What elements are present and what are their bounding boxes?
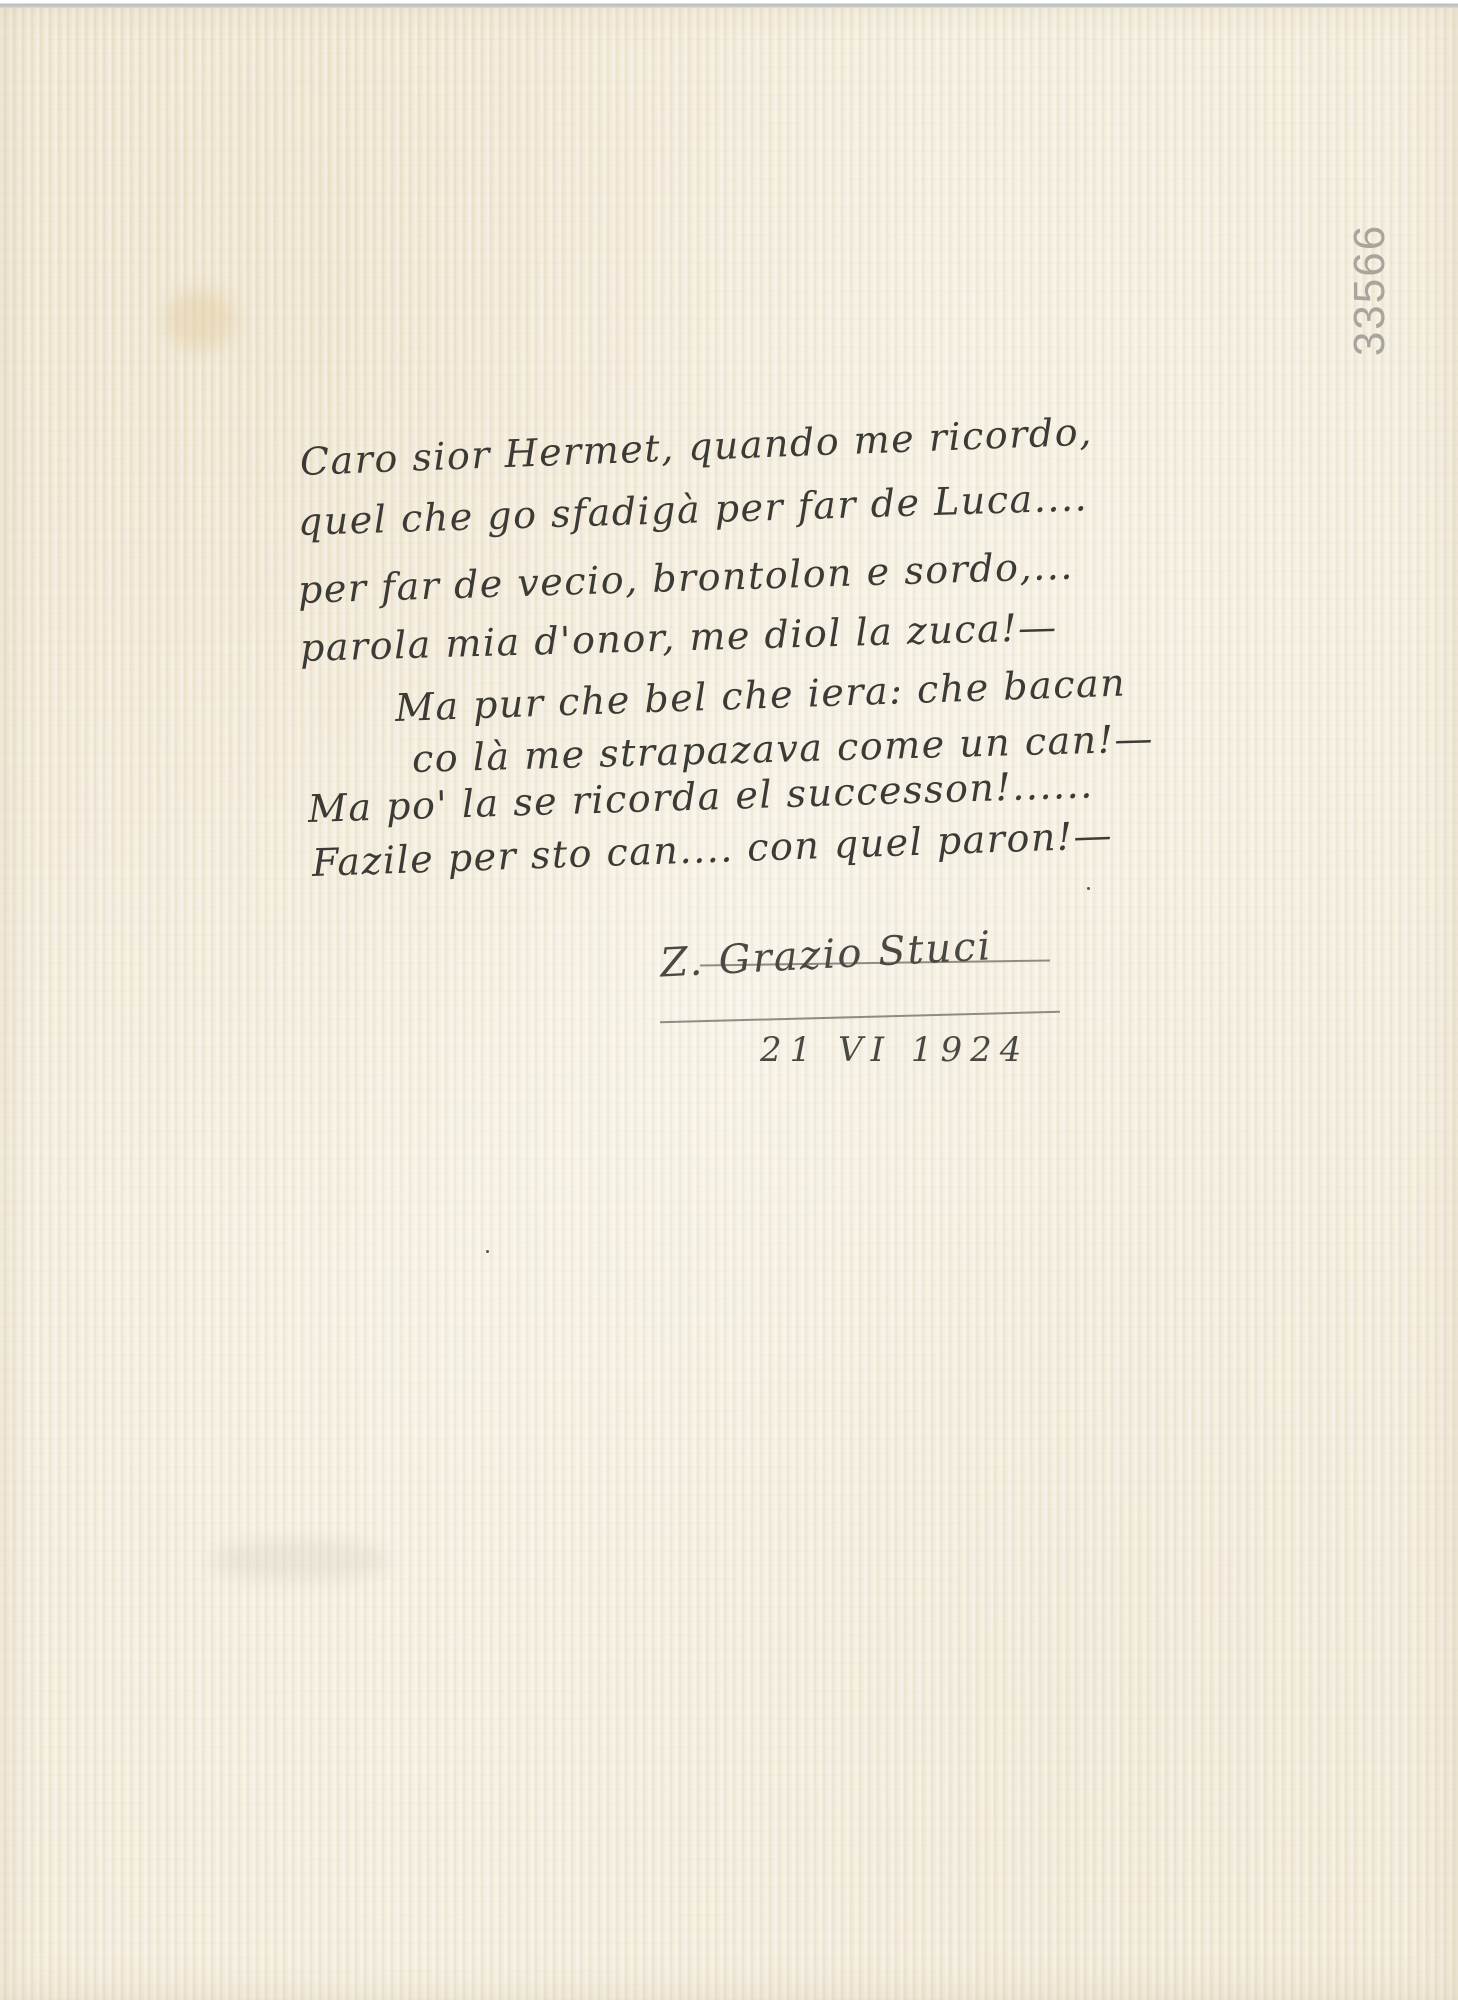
- signature-underline: [660, 1011, 1060, 1023]
- poem-line: Caro sior Hermet, quando me ricordo,: [299, 410, 1093, 484]
- paper-sheet: ​ 33566 Caro sior Hermet, quando me rico…: [0, 0, 1458, 2000]
- poem-line: parola mia d'onor, me diol la zuca!—: [299, 605, 1058, 670]
- ink-speck: [486, 1250, 489, 1253]
- signature-block: Z. Grazio Stuci 21 VI 1924: [640, 920, 1080, 1060]
- date: 21 VI 1924: [760, 1030, 1029, 1070]
- poem-line: quel che go sfadigà per far de Luca....: [297, 475, 1088, 544]
- signature: Z. Grazio Stuci: [659, 923, 993, 986]
- ink-speck: [1087, 887, 1090, 890]
- poem-line: per far de vecio, brontolon e sordo,...: [297, 544, 1074, 612]
